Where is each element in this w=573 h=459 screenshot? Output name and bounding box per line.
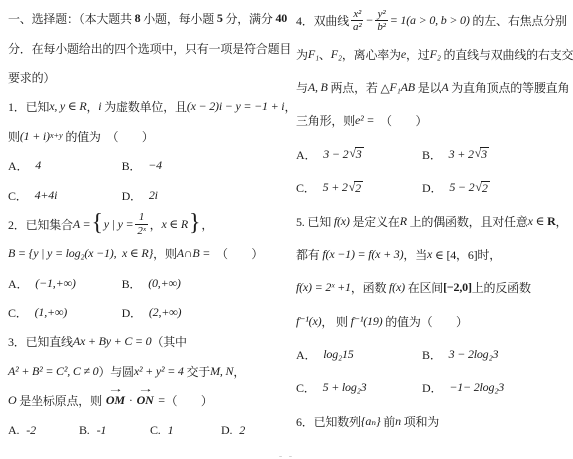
text-run: 是定义在 (350, 213, 400, 230)
vector-over-arrow: ON (137, 393, 154, 408)
math-run: 3 − 2log₂3 (449, 347, 499, 362)
math-run: x² + y² = 4 (134, 364, 184, 379)
q4-stem-line-2: 为F₁、F₂，离心率为e，过F₂ 的直线与双曲线的右支交 (296, 37, 570, 70)
square-root: √3 (349, 147, 363, 161)
page-number-mark: - - (0, 451, 573, 459)
math-run: log₂15 (323, 347, 353, 362)
math-run: F₂ (331, 47, 342, 62)
text-run: 的值为（ ） (382, 313, 467, 330)
text-run: ， (150, 216, 162, 233)
option-label: C． (296, 179, 316, 196)
text-run: 4．双曲线 (296, 12, 349, 29)
option-item: A．(−1,+∞) (8, 275, 122, 292)
section-header-line-2: 分．在每小题给出的四个选项中，只有一项是符合题目 (8, 33, 292, 62)
text-run: 是坐标原点，则 (16, 392, 101, 409)
option-item: C．5 + log₂3 (296, 379, 422, 396)
text-run: 是以 (415, 79, 441, 96)
text-run: 的左、右焦点分别 (470, 12, 567, 29)
option-label: C． (8, 187, 28, 204)
square-root: √2 (349, 181, 363, 195)
text-run: ， (201, 216, 213, 233)
text-run: （ ） (374, 112, 427, 129)
q4-stem-line-3: 与A, B 两点，若 △F₁AB 是以A 为直角顶点的等腰直角 (296, 71, 570, 104)
option-item: B．3 + 2√3 (422, 146, 570, 163)
q5-stem-line-3: f(x) = 2ˣ +1，函数 f(x) 在区间[−2,0]上的反函数 (296, 271, 570, 304)
math-run: (1 + i) (20, 129, 50, 144)
fraction: x²a² (351, 8, 363, 34)
radicand: 3 (355, 147, 364, 161)
math-run: F₁AB (390, 80, 415, 95)
option-item: C．(1,+∞) (8, 304, 122, 321)
math-run: (−1,+∞) (35, 276, 75, 291)
q3-stem-line-2: A² + B² = C², C ≠ 0）与圆x² + y² = 4 交于M, N… (8, 357, 292, 386)
math-run: 3 + 2 (449, 147, 474, 162)
option-label: C． (8, 304, 28, 321)
text-run: 为直角顶点的等腰直角 (448, 79, 569, 96)
math-run: 1 (168, 423, 174, 438)
option-label: D. (221, 423, 232, 438)
math-run: f⁻¹(19) (351, 314, 383, 329)
text-run: 交于 (184, 363, 210, 380)
math-run: {aₙ} (361, 414, 381, 429)
text-run: 为 (296, 46, 308, 63)
math-run: (1,+∞) (35, 305, 67, 320)
option-item: A．log₂15 (296, 346, 422, 363)
text-run: ，离心率为 (342, 46, 401, 63)
option-label: A． (296, 146, 316, 163)
text-run: ，当 (403, 246, 427, 263)
text-run: 2．已知集合 (8, 216, 73, 233)
q6-stem-line-1: 6．已知数列{aₙ} 前n 项和为 (296, 405, 570, 438)
text-run: （其中 (151, 333, 186, 350)
math-run: −1− 2log₂3 (449, 380, 504, 395)
option-item: C.1 (150, 423, 221, 438)
math-run: B = {y | y = log₂(x −1), x ∈ R} (8, 246, 153, 261)
math-run: 2i (149, 188, 158, 203)
math-run: = (158, 393, 166, 408)
math-run: -2 (26, 423, 36, 438)
fraction-denominator: 2ˣ (135, 224, 147, 238)
text-run: 在区间 (405, 279, 443, 296)
math-run: f(x) (334, 214, 350, 229)
math-run: y | y = (104, 217, 134, 232)
option-item: B.-1 (79, 423, 150, 438)
option-item: D．5 − 2√2 (422, 179, 570, 196)
text-run: ， (556, 213, 568, 230)
math-run: O (8, 393, 16, 408)
math-run: 4+4i (35, 188, 58, 203)
option-item: D．2i (122, 187, 292, 204)
q2-options-row-2: C．(1,+∞)D．(2,+∞) (8, 298, 292, 327)
q1-options-row-1: A．4B．−4 (8, 151, 292, 180)
option-label: A． (8, 157, 28, 174)
option-label: D． (422, 379, 442, 396)
q1-options-row-2: C．4+4iD．2i (8, 180, 292, 209)
radicand: 2 (481, 181, 490, 195)
math-run: 5 + 2 (323, 180, 348, 195)
text-run: ∈ (533, 214, 547, 229)
math-run: f(x −1) = f(x + 3) (322, 247, 403, 262)
text-run: ，过 (406, 46, 430, 63)
option-item: D.2 (221, 423, 292, 438)
text-run: （ ） (165, 392, 212, 409)
q4-stem-line-1: 4．双曲线x²a²−y²b²= 1(a > 0, b > 0) 的左、右焦点分别 (296, 4, 570, 37)
q3-stem-line-1: 3．已知直线Ax + By + C = 0（其中 (8, 327, 292, 356)
q5-stem-line-1: 5. 已知 f(x) 是定义在R 上的偶函数，且对任意x ∈ R， (296, 204, 570, 237)
option-item: A．4 (8, 157, 122, 174)
text-run: 则 (8, 128, 20, 145)
text-run: 与 (296, 79, 308, 96)
text-run: 上的偶函数，且对任意 (407, 213, 528, 230)
option-item: A.-2 (8, 423, 79, 438)
text-run: 一、选择题：（本大题共 (8, 10, 135, 27)
fraction: y²b² (375, 8, 387, 34)
text-run: 项和为 (401, 413, 439, 430)
math-run: M, N (210, 364, 233, 379)
option-label: B. (79, 423, 90, 438)
math-run: Ax + By + C = 0 (73, 334, 152, 349)
square-root: √2 (475, 181, 489, 195)
option-item: B．3 − 2log₂3 (422, 346, 570, 363)
option-label: B． (122, 275, 142, 292)
text-run: ，则 (153, 245, 177, 262)
right-column: 4．双曲线x²a²−y²b²= 1(a > 0, b > 0) 的左、右焦点分别… (296, 4, 570, 438)
bold-text-run: R (547, 214, 555, 229)
text-run: 都有 (296, 246, 322, 263)
text-run: 1．已知 (8, 98, 49, 115)
math-run: A, B (308, 80, 328, 95)
text-run: 上的反函数 (472, 279, 531, 296)
option-label: C． (296, 379, 316, 396)
fraction-numerator: 1 (137, 211, 146, 224)
math-run: −4 (148, 158, 162, 173)
fraction-denominator: b² (375, 20, 387, 34)
text-run: 、 (319, 46, 331, 63)
math-run: F₂ (430, 47, 441, 62)
math-run: f(x) (389, 280, 405, 295)
q1-stem-line-1: 1．已知x, y ∈ R，i 为虚数单位，且(x − 2)i − y = −1 … (8, 92, 292, 121)
option-item: B．(0,+∞) (122, 275, 292, 292)
fraction-denominator: a² (351, 20, 363, 34)
math-run: f⁻¹(x) (296, 314, 321, 329)
text-run: 前 (380, 413, 395, 430)
option-item: A．3 − 2√3 (296, 146, 422, 163)
left-column: 一、选择题：（本大题共 8 小题，每小题 5 分，满分 40分．在每小题给出的四… (8, 4, 292, 445)
math-run: e² = (355, 113, 374, 128)
q2-stem-line-2: B = {y | y = log₂(x −1), x ∈ R}，则A∩B = （… (8, 239, 292, 268)
math-run: R (400, 214, 407, 229)
section-header-line-1: 一、选择题：（本大题共 8 小题，每小题 5 分，满分 40 (8, 4, 292, 33)
math-run: 4 (35, 158, 41, 173)
option-label: B． (422, 146, 442, 163)
q3-options-row: A.-2B.-1C.1D.2 (8, 415, 292, 444)
text-run: ， (284, 98, 296, 115)
text-run: 的值为 （ ） (63, 128, 154, 145)
math-run: x ∈ R (161, 217, 188, 232)
text-run: ）与圆 (98, 363, 133, 380)
math-run: F₁ (308, 47, 319, 62)
bold-text-run: [−2,0] (443, 280, 472, 295)
fraction-numerator: y² (376, 8, 388, 21)
option-label: B． (122, 157, 142, 174)
section-header-line-3: 要求的） (8, 63, 292, 92)
q5-options-row-1: A．log₂15B．3 − 2log₂3 (296, 338, 570, 371)
option-item: C．4+4i (8, 187, 122, 204)
q4-options-row-1: A．3 − 2√3B．3 + 2√3 (296, 138, 570, 171)
fraction: 12ˣ (135, 211, 147, 237)
text-run: （ ） (210, 245, 263, 262)
set-brace: } (189, 213, 200, 235)
radicand: 2 (354, 181, 363, 195)
math-run: (2,+∞) (149, 305, 181, 320)
math-run: (x − 2)i − y = −1 + i (187, 99, 285, 114)
math-run: − (365, 13, 373, 28)
q4-stem-line-4: 三角形，则e² = （ ） (296, 104, 570, 137)
q5-options-row-2: C．5 + log₂3D．−1− 2log₂3 (296, 371, 570, 404)
q5-stem-line-4: f⁻¹(x)， 则 f⁻¹(19) 的值为（ ） (296, 305, 570, 338)
q3-stem-line-3: O 是坐标原点，则OM·ON=（ ） (8, 386, 292, 415)
math-run: 3 − 2 (323, 147, 348, 162)
math-run: 5 − 2 (449, 180, 474, 195)
option-item: C．5 + 2√2 (296, 179, 422, 196)
q5-stem-line-2: 都有 f(x −1) = f(x + 3)，当x ∈ [4，6]时， (296, 238, 570, 271)
text-run: 为虚数单位，且 (101, 98, 186, 115)
option-label: D． (122, 304, 142, 321)
option-label: D． (122, 187, 142, 204)
text-run: ， (233, 363, 245, 380)
vector-over-arrow: OM (106, 393, 125, 408)
square-root: √3 (475, 147, 489, 161)
math-run: x, y ∈ R (49, 99, 86, 114)
q2-stem-line-1: 2．已知集合A ={y | y =12ˣ，x ∈ R}， (8, 210, 292, 239)
option-label: A. (8, 423, 19, 438)
math-run: A (441, 80, 448, 95)
fraction-numerator: x² (351, 8, 363, 21)
option-label: A． (296, 346, 316, 363)
text-run: 要求的） (8, 69, 55, 86)
q2-options-row-1: A．(−1,+∞)B．(0,+∞) (8, 269, 292, 298)
math-run: A² + B² = C², C ≠ 0 (8, 364, 98, 379)
set-brace: { (91, 213, 102, 235)
option-item: B．−4 (122, 157, 292, 174)
text-run: 的直线与双曲线的右支交 (441, 46, 573, 63)
text-run: 小题，每小题 (140, 10, 216, 27)
exam-page: 一、选择题：（本大题共 8 小题，每小题 5 分，满分 40分．在每小题给出的四… (0, 0, 573, 459)
math-run: -1 (97, 423, 107, 438)
text-run: 两点，若 △ (328, 79, 390, 96)
math-run: f(x) = 2ˣ +1 (296, 280, 351, 295)
math-run: (0,+∞) (148, 276, 180, 291)
math-run: 2 (239, 423, 245, 438)
radicand: 3 (480, 147, 489, 161)
math-run: A∩B = (177, 246, 210, 261)
text-run: 6．已知数列 (296, 413, 361, 430)
text-run: 分，满分 (223, 10, 276, 27)
math-run: A = (73, 217, 91, 232)
text-run: ， 则 (321, 313, 350, 330)
text-run: · (129, 393, 133, 408)
bold-text-run: 40 (275, 11, 287, 26)
math-run: = 1(a > 0, b > 0) (390, 13, 470, 28)
option-label: A． (8, 275, 28, 292)
text-run: ，函数 (351, 279, 389, 296)
text-run: 三角形，则 (296, 112, 355, 129)
q4-options-row-2: C．5 + 2√2D．5 − 2√2 (296, 171, 570, 204)
text-run: 5. 已知 (296, 213, 334, 230)
text-run: 3．已知直线 (8, 333, 73, 350)
text-run: 分．在每小题给出的四个选项中，只有一项是符合题目 (8, 40, 291, 57)
option-label: B． (422, 346, 442, 363)
text-run: ∈ [4，6]时， (432, 246, 501, 263)
option-label: D． (422, 179, 442, 196)
math-run: 5 + log₂3 (323, 380, 367, 395)
q1-stem-line-2: 则(1 + i)x+y 的值为 （ ） (8, 122, 292, 151)
text-run: ， (86, 98, 98, 115)
option-item: D．(2,+∞) (122, 304, 292, 321)
option-label: C. (150, 423, 161, 438)
option-item: D．−1− 2log₂3 (422, 379, 570, 396)
